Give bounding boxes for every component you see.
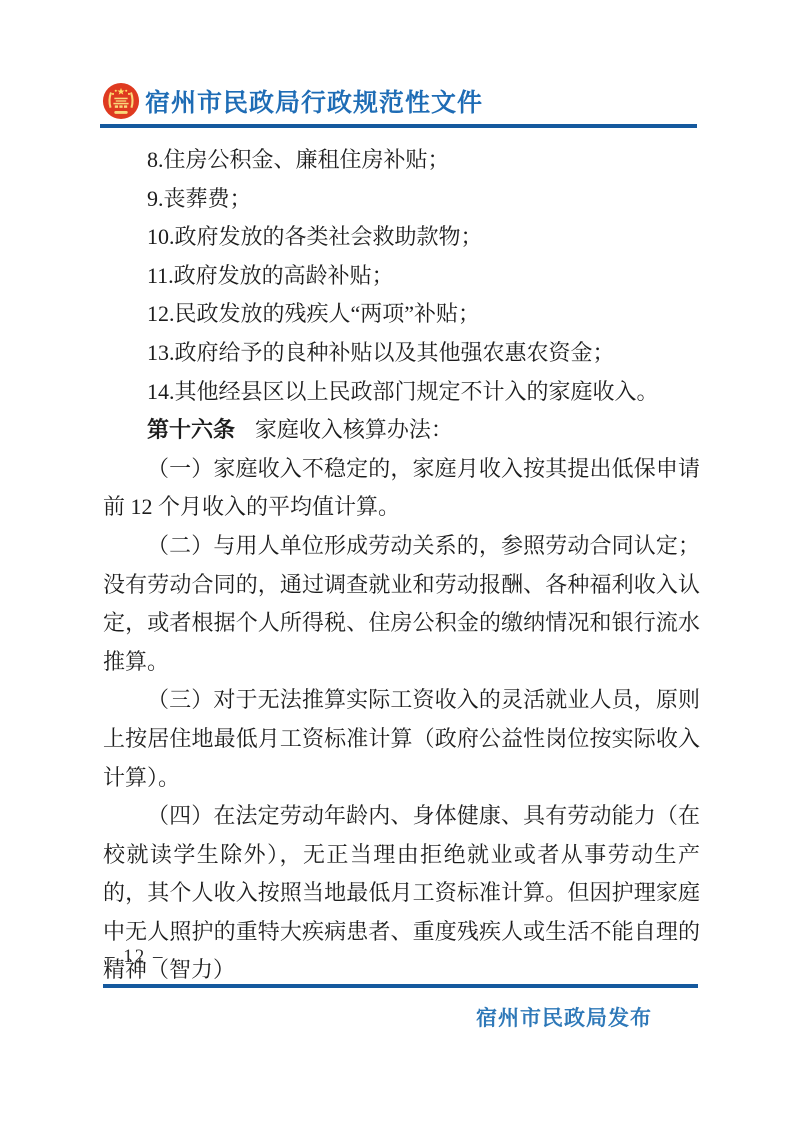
page-number: – 12 – — [105, 946, 165, 968]
footer-divider — [103, 984, 698, 988]
list-item-9: 9.丧葬费； — [103, 180, 700, 219]
article-16-number: 第十六条 — [147, 417, 235, 442]
clause-3: （三）对于无法推算实际工资收入的灵活就业人员，原则上按居住地最低月工资标准计算（… — [103, 681, 700, 797]
list-item-12: 12.民政发放的残疾人“两项”补贴； — [103, 295, 700, 334]
list-item-8: 8.住房公积金、廉租住房补贴； — [103, 141, 700, 180]
publisher-label: 宿州市民政局发布 — [103, 1002, 698, 1032]
national-emblem-icon — [102, 82, 140, 120]
clause-2: （二）与用人单位形成劳动关系的，参照劳动合同认定；没有劳动合同的，通过调查就业和… — [103, 527, 700, 681]
article-16-heading: 第十六条家庭收入核算办法： — [103, 411, 700, 450]
list-item-11: 11.政府发放的高龄补贴； — [103, 257, 700, 296]
list-item-13: 13.政府给予的良种补贴以及其他强农惠农资金； — [103, 334, 700, 373]
clause-4: （四）在法定劳动年龄内、身体健康、具有劳动能力（在校就读学生除外），无正当理由拒… — [103, 797, 700, 990]
header-divider — [100, 124, 697, 128]
document-text: 8.住房公积金、廉租住房补贴； 9.丧葬费； 10.政府发放的各类社会救助款物；… — [103, 141, 700, 990]
list-item-10: 10.政府发放的各类社会救助款物； — [103, 218, 700, 257]
article-16-title: 家庭收入核算办法： — [255, 417, 453, 442]
document-header: 宿州市民政局行政规范性文件 — [102, 82, 483, 120]
list-item-14: 14.其他经县区以上民政部门规定不计入的家庭收入。 — [103, 373, 700, 412]
clause-1: （一）家庭收入不稳定的，家庭月收入按其提出低保申请前 12 个月收入的平均值计算… — [103, 450, 700, 527]
page-title: 宿州市民政局行政规范性文件 — [145, 83, 483, 119]
document-page: 宿州市民政局行政规范性文件 8.住房公积金、廉租住房补贴； 9.丧葬费； 10.… — [0, 0, 793, 1122]
